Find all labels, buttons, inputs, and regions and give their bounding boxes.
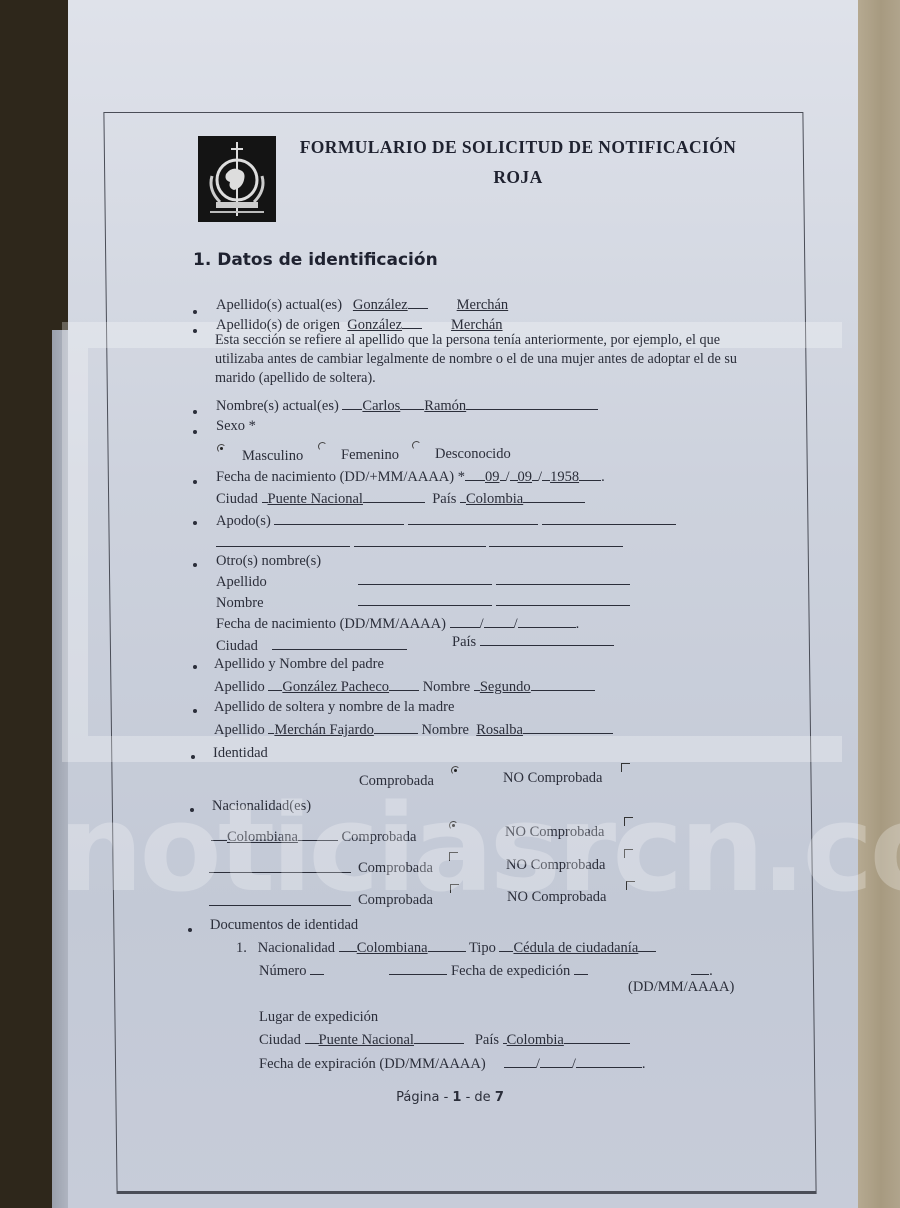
field-padre: Apellido González Pacheco Nombre Segundo <box>214 678 595 696</box>
nacionalidad-1-no-comprobada-checkbox[interactable] <box>624 817 633 826</box>
identidad-label: Identidad <box>213 745 268 762</box>
bullet <box>193 563 197 567</box>
fecha-exp-format: (DD/MM/AAAA) <box>628 979 734 996</box>
otros-pais: País <box>452 633 614 651</box>
radio-masculino[interactable] <box>217 444 226 453</box>
documento-numero-field[interactable] <box>389 962 447 975</box>
apodo-field-2[interactable] <box>408 512 538 525</box>
otros-fecha-mm[interactable] <box>484 615 514 628</box>
page-sep: - de <box>466 1090 491 1105</box>
otros-apellido-field-1[interactable] <box>358 572 492 585</box>
padre-nombre[interactable]: Segundo <box>480 679 531 695</box>
title-line-1: FORMULARIO DE SOLICITUD DE NOTIFICACIÓN <box>290 132 746 162</box>
bullet <box>193 310 197 314</box>
otros-pais-field[interactable] <box>480 633 614 646</box>
page-total: 7 <box>495 1090 504 1105</box>
field-nombres-actuales: Nombre(s) actual(es) CarlosRamón <box>216 397 598 415</box>
page-prefix: Página - <box>396 1090 448 1105</box>
label: Ciudad <box>216 638 258 654</box>
option-masculino: Masculino <box>242 448 303 465</box>
apodo-field-1[interactable] <box>274 512 404 525</box>
documento-row-1: 1. Nacionalidad Colombiana Tipo Cédula d… <box>236 939 656 957</box>
page-number: Página - 1 - de 7 <box>0 1090 900 1105</box>
nacionalidad-row-1: Colombiana Comprobada <box>211 828 416 846</box>
nacionalidad-3-comprobada: Comprobada <box>358 892 433 909</box>
nacionalidad-1-comprobada-radio[interactable] <box>449 821 458 830</box>
documento-pais[interactable]: Colombia <box>507 1032 564 1048</box>
bullet <box>191 755 195 759</box>
otros-fecha: Fecha de nacimiento (DD/MM/AAAA) //. <box>216 615 579 633</box>
label: Fecha de nacimiento (DD/+MM/AAAA) * <box>216 469 465 485</box>
nacionalidad-row-3 <box>209 893 351 911</box>
bullet <box>193 521 197 525</box>
nacionalidad-1-no-comprobada: NO Comprobada <box>505 824 604 841</box>
bullet <box>188 928 192 932</box>
radio-femenino[interactable] <box>318 442 327 451</box>
label: Apodo(s) <box>216 513 271 529</box>
nacionalidad-3-comprobada-checkbox[interactable] <box>450 884 459 893</box>
label: Apellido <box>214 722 265 738</box>
apodo-field-3[interactable] <box>542 512 676 525</box>
label: País <box>475 1032 499 1048</box>
otros-nombres-label: Otro(s) nombre(s) <box>216 553 321 570</box>
page-current: 1 <box>452 1090 461 1105</box>
value-apellido-1[interactable]: González <box>353 297 408 313</box>
otros-apellido-field-2[interactable] <box>496 572 630 585</box>
otros-fecha-dd[interactable] <box>450 615 480 628</box>
label: Ciudad <box>259 1032 301 1048</box>
label: Fecha de expedición <box>451 963 570 979</box>
nacionalidad-2-no-comprobada: NO Comprobada <box>506 857 605 874</box>
value-nombre-1[interactable]: Carlos <box>362 398 400 414</box>
label: Nombre <box>421 722 469 738</box>
padre-label: Apellido y Nombre del padre <box>214 656 384 673</box>
lugar-expedicion-label: Lugar de expedición <box>259 1009 378 1026</box>
apodo-field-5[interactable] <box>354 534 486 547</box>
birth-year[interactable]: 1958 <box>550 469 579 485</box>
expiracion-mm[interactable] <box>540 1055 572 1068</box>
label: Número <box>259 963 307 979</box>
bullet <box>190 808 194 812</box>
sexo-label: Sexo * <box>216 418 256 435</box>
label: País <box>452 634 476 650</box>
label: Nombre <box>216 595 264 611</box>
otros-nombre-field-1[interactable] <box>358 593 492 606</box>
nacionalidad-2-comprobada: Comprobada <box>358 860 433 877</box>
otros-apellido-fields <box>358 572 630 590</box>
bullet <box>193 480 197 484</box>
label: Tipo <box>469 940 496 956</box>
option-desconocido: Desconocido <box>435 446 511 463</box>
birth-city[interactable]: Puente Nacional <box>268 491 363 507</box>
label: Nombre <box>423 679 471 695</box>
nacionalidad-2-comprobada-checkbox[interactable] <box>449 852 458 861</box>
note-apellido-origen: Esta sección se refiere al apellido que … <box>215 331 755 388</box>
identidad-comprobada-radio[interactable] <box>451 766 460 775</box>
otros-ciudad: Ciudad <box>216 637 407 655</box>
expiracion-dd[interactable] <box>504 1055 536 1068</box>
field-nacimiento-lugar: Ciudad Puente Nacional País Colombia <box>216 490 585 508</box>
documento-tipo[interactable]: Cédula de ciudadanía <box>513 940 638 956</box>
background-wall <box>852 0 900 1208</box>
nacionalidad-2-field[interactable] <box>209 860 351 873</box>
label: Fecha de expiración (DD/MM/AAAA) <box>259 1056 486 1072</box>
item-number: 1. <box>236 940 247 956</box>
identidad-no-comprobada-checkbox[interactable] <box>621 763 630 772</box>
field-fecha-nacimiento: Fecha de nacimiento (DD/+MM/AAAA) *09/09… <box>216 468 605 486</box>
value-apellido-2[interactable]: Merchán <box>457 297 509 313</box>
label: País <box>432 491 456 507</box>
bullet <box>193 430 197 434</box>
label: Nacionalidad <box>258 940 335 956</box>
documento-ciudad[interactable]: Puente Nacional <box>319 1032 414 1048</box>
field-apellidos-actuales: Apellido(s) actual(es) González Merchán <box>216 296 508 314</box>
form-title: FORMULARIO DE SOLICITUD DE NOTIFICACIÓN … <box>290 132 746 192</box>
bullet <box>193 665 197 669</box>
identidad-no-comprobada-label: NO Comprobada <box>503 770 602 787</box>
otros-nombre-fields <box>358 593 630 611</box>
bullet <box>193 329 197 333</box>
interpol-emblem-icon <box>198 136 276 222</box>
identidad-comprobada-label: Comprobada <box>359 773 434 790</box>
nacionalidad-2-no-comprobada-checkbox[interactable] <box>624 849 633 858</box>
label: Comprobada <box>342 829 417 845</box>
label: Apellido <box>216 574 267 590</box>
expiracion-aaaa[interactable] <box>576 1055 642 1068</box>
bullet <box>193 709 197 713</box>
label: Ciudad <box>216 491 258 507</box>
birth-country[interactable]: Colombia <box>466 491 523 507</box>
nacionalidad-row-2 <box>209 860 351 878</box>
documento-expiracion: Fecha de expiración (DD/MM/AAAA) //. <box>259 1055 646 1073</box>
nacionalidad-3-field[interactable] <box>209 893 351 906</box>
madre-label: Apellido de soltera y nombre de la madre <box>214 699 454 716</box>
padre-apellido[interactable]: González Pacheco <box>282 679 389 695</box>
madre-nombre[interactable]: Rosalba <box>476 722 523 738</box>
label: Fecha de nacimiento (DD/MM/AAAA) <box>216 616 446 632</box>
field-apodos: Apodo(s) <box>216 512 676 530</box>
value-nombre-2[interactable]: Ramón <box>424 398 466 414</box>
otros-nombre-field-2[interactable] <box>496 593 630 606</box>
field-madre: Apellido Merchán Fajardo Nombre Rosalba <box>214 721 613 739</box>
documento-lugar: Ciudad Puente Nacional País Colombia <box>259 1031 630 1049</box>
option-femenino: Femenino <box>341 447 399 464</box>
section-heading: 1. Datos de identificación <box>193 250 438 270</box>
madre-apellido[interactable]: Merchán Fajardo <box>274 722 373 738</box>
apodo-field-6[interactable] <box>489 534 623 547</box>
otros-apellido: Apellido <box>216 574 267 591</box>
documento-row-2: Número Fecha de expedición . <box>259 962 713 980</box>
radio-desconocido[interactable] <box>412 441 421 450</box>
documentos-label: Documentos de identidad <box>210 917 358 934</box>
nacionalidad-3-no-comprobada: NO Comprobada <box>507 889 606 906</box>
apodo-field-4[interactable] <box>216 534 350 547</box>
field-apodos-row2 <box>216 534 623 552</box>
bullet <box>193 410 197 414</box>
birth-day[interactable]: 09 <box>485 469 500 485</box>
nacionalidad-1[interactable]: Colombiana <box>227 829 298 845</box>
label: Apellido(s) actual(es) <box>216 297 342 313</box>
otros-ciudad-field[interactable] <box>272 637 407 650</box>
birth-month[interactable]: 09 <box>518 469 533 485</box>
documento-nacionalidad[interactable]: Colombiana <box>357 940 428 956</box>
otros-fecha-aaaa[interactable] <box>518 615 576 628</box>
label: Nombre(s) actual(es) <box>216 398 339 414</box>
nacionalidades-label: Nacionalidad(es) <box>212 798 311 815</box>
title-line-2: ROJA <box>290 162 746 192</box>
label: Apellido <box>214 679 265 695</box>
nacionalidad-3-no-comprobada-checkbox[interactable] <box>626 881 635 890</box>
otros-nombre: Nombre <box>216 595 264 612</box>
